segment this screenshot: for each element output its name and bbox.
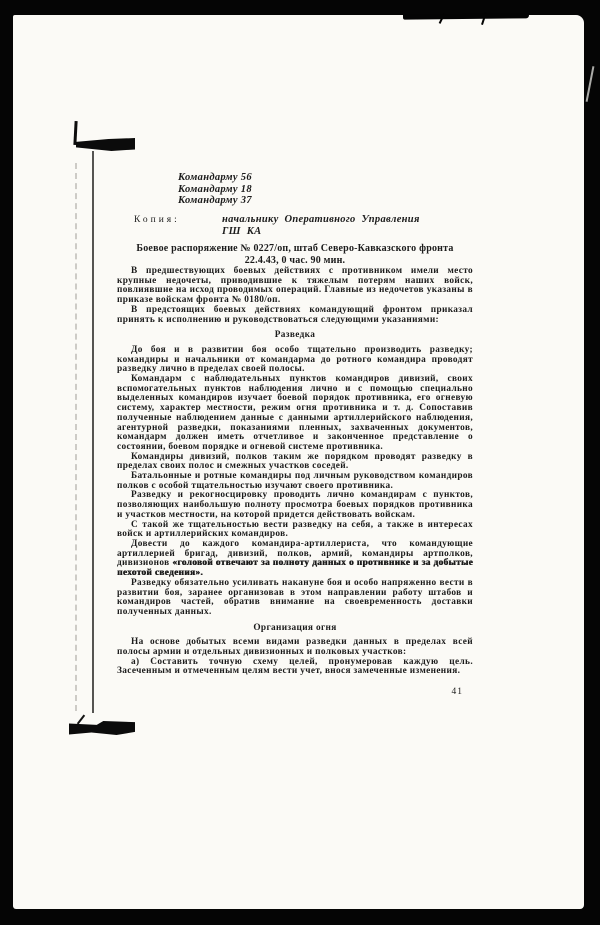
page-number: 41 [117,688,473,698]
addressee-line: Командарму 56 [178,172,252,184]
section-heading: Организация огня [117,624,473,634]
body-paragraph: До боя и в развитии боя особо тщательно … [117,346,473,375]
text-run: До боя и в развитии боя особо тщательно … [117,345,473,374]
body-paragraph: а) Составить точную схему целей, пронуме… [117,658,473,677]
text-run: С такой же тщательностью вести разведку … [117,520,473,540]
body-paragraph: Разведку и рекогносцировку проводить лич… [117,491,473,520]
text-run: В предстоящих боевых действиях командующ… [117,305,473,325]
copy-recipient-line: начальнику Оперативного Управления [222,214,472,226]
text-run: В предшествующих боевых действиях с прот… [117,266,473,305]
copy-label: Копия: [134,215,180,225]
copy-recipient-line: ГШ КА [222,226,472,238]
text-run: Разведку и рекогносцировку проводить лич… [117,490,473,519]
text-run: Разведку обязательно усиливать накануне … [117,578,473,617]
addressee-line: Командарму 37 [178,195,252,207]
body-paragraph: С такой же тщательностью вести разведку … [117,521,473,540]
binding-line [92,151,94,713]
body-paragraph: Батальонные и ротные командиры под личны… [117,472,473,491]
order-title: Боевое распоряжение № 0227/оп, штаб Севе… [117,243,473,266]
body-paragraph: В предстоящих боевых действиях командующ… [117,306,473,325]
body-paragraph: На основе добытых всеми видами разведки … [117,638,473,657]
addressee-list: Командарму 56Командарму 18Командарму 37 [178,172,252,207]
scan-background: { "page": { "page_number": "41", "backgr… [0,0,600,925]
body-paragraph: Разведку обязательно усиливать накануне … [117,579,473,618]
binding-mark-top-stub [73,121,77,145]
binding-mark-top-bar [76,138,135,151]
text-run: Командарм с наблюдательных пунктов коман… [117,374,473,452]
section-heading: Разведка [117,331,473,341]
body-paragraph: В предшествующих боевых действиях с прот… [117,267,473,306]
order-title-line1: Боевое распоряжение № 0227/оп, штаб Севе… [117,243,473,255]
text-run: На основе добытых всеми видами разведки … [117,637,473,657]
scan-smudge [403,13,529,19]
body-paragraph: Командиры дивизий, полков таким же поряд… [117,453,473,472]
binding-mark-tick [77,715,85,725]
text-run: Командиры дивизий, полков таким же поряд… [117,452,473,472]
copy-recipient: начальнику Оперативного Управления ГШ КА [222,214,472,237]
binding-dashed-line [75,163,77,711]
addressee-line: Командарму 18 [178,184,252,196]
scan-scratch [586,66,595,102]
body-paragraph: Командарм с наблюдательных пунктов коман… [117,375,473,453]
document-body-blocks: В предшествующих боевых действиях с прот… [117,267,473,677]
text-run: а) Составить точную схему целей, пронуме… [117,657,473,677]
document-page: Командарму 56Командарму 18Командарму 37 … [13,15,584,909]
body-paragraph: Довести до каждого командира-артиллерист… [117,540,473,579]
document-body: В предшествующих боевых действиях с прот… [117,267,473,698]
text-run: Батальонные и ротные командиры под личны… [117,471,473,491]
order-title-line2: 22.4.43, 0 час. 90 мин. [117,255,473,267]
